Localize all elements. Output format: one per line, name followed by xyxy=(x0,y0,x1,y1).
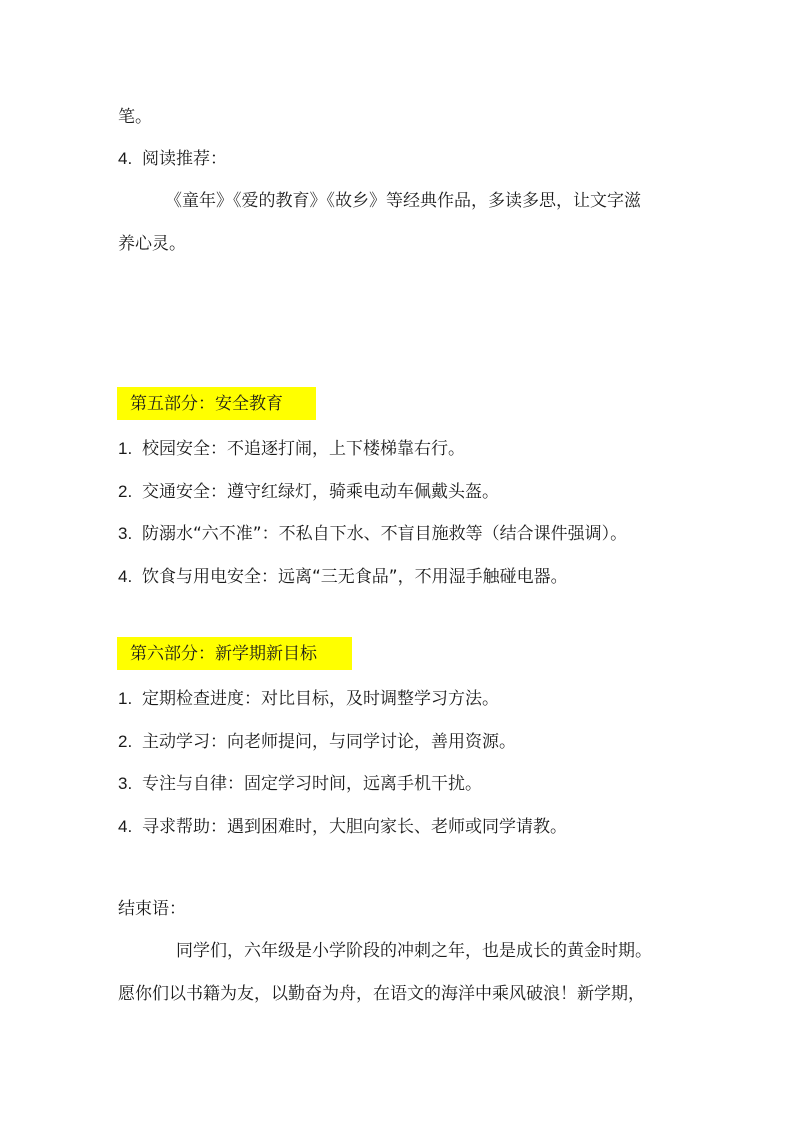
item-text: 主动学习：向老师提问，与同学讨论，善用资源。 xyxy=(142,732,516,752)
paragraph-fragment: 笔。 xyxy=(118,105,152,129)
item-text: 防溺水“六不准”：不私自下水、不盲目施救等（结合课件强调）。 xyxy=(142,524,627,544)
item-label: 阅读推荐： xyxy=(142,149,227,169)
item-number: 3. xyxy=(118,772,142,796)
item-number: 4. xyxy=(118,815,142,839)
item-text: 寻求帮助：遇到困难时，大胆向家长、老师或同学请教。 xyxy=(142,817,567,837)
list-item: 2.交通安全：遵守红绿灯，骑乘电动车佩戴头盔。 xyxy=(118,480,499,504)
list-item: 1.校园安全：不追逐打闹，上下楼梯靠右行。 xyxy=(118,437,465,461)
list-item: 2.主动学习：向老师提问，与同学讨论，善用资源。 xyxy=(118,730,516,754)
reading-paragraph-line: 《童年》《爱的教育》《故乡》等经典作品，多读多思，让文字滋 xyxy=(165,189,641,213)
item-number: 3. xyxy=(118,522,142,546)
item-text: 交通安全：遵守红绿灯，骑乘电动车佩戴头盔。 xyxy=(142,482,499,502)
section-heading: 第六部分：新学期新目标 xyxy=(130,642,317,666)
item-number: 1. xyxy=(118,687,142,711)
closing-label: 结束语： xyxy=(118,897,186,921)
section-heading-highlight: 第六部分：新学期新目标 xyxy=(117,637,352,670)
list-item: 4.饮食与用电安全：远离“三无食品”，不用湿手触碰电器。 xyxy=(118,565,568,589)
list-item: 1.定期检查进度：对比目标，及时调整学习方法。 xyxy=(118,687,499,711)
item-number: 2. xyxy=(118,480,142,504)
list-item: 3.防溺水“六不准”：不私自下水、不盲目施救等（结合课件强调）。 xyxy=(118,522,627,546)
reading-item: 4.阅读推荐： xyxy=(118,147,227,171)
closing-paragraph-line: 愿你们以书籍为友，以勤奋为舟，在语文的海洋中乘风破浪！新学期， xyxy=(118,982,645,1006)
item-number: 2. xyxy=(118,730,142,754)
section-heading-highlight: 第五部分：安全教育 xyxy=(117,387,316,420)
item-number: 4. xyxy=(118,565,142,589)
item-number: 4. xyxy=(118,147,142,171)
item-text: 校园安全：不追逐打闹，上下楼梯靠右行。 xyxy=(142,439,465,459)
section-heading: 第五部分：安全教育 xyxy=(130,392,283,416)
item-number: 1. xyxy=(118,437,142,461)
closing-paragraph-line: 同学们，六年级是小学阶段的冲刺之年，也是成长的黄金时期。 xyxy=(176,939,652,963)
item-text: 专注与自律：固定学习时间，远离手机干扰。 xyxy=(142,774,482,794)
list-item: 4.寻求帮助：遇到困难时，大胆向家长、老师或同学请教。 xyxy=(118,815,567,839)
item-text: 饮食与用电安全：远离“三无食品”，不用湿手触碰电器。 xyxy=(142,567,568,587)
list-item: 3.专注与自律：固定学习时间，远离手机干扰。 xyxy=(118,772,482,796)
item-text: 定期检查进度：对比目标，及时调整学习方法。 xyxy=(142,689,499,709)
reading-paragraph-line: 养心灵。 xyxy=(118,232,186,256)
